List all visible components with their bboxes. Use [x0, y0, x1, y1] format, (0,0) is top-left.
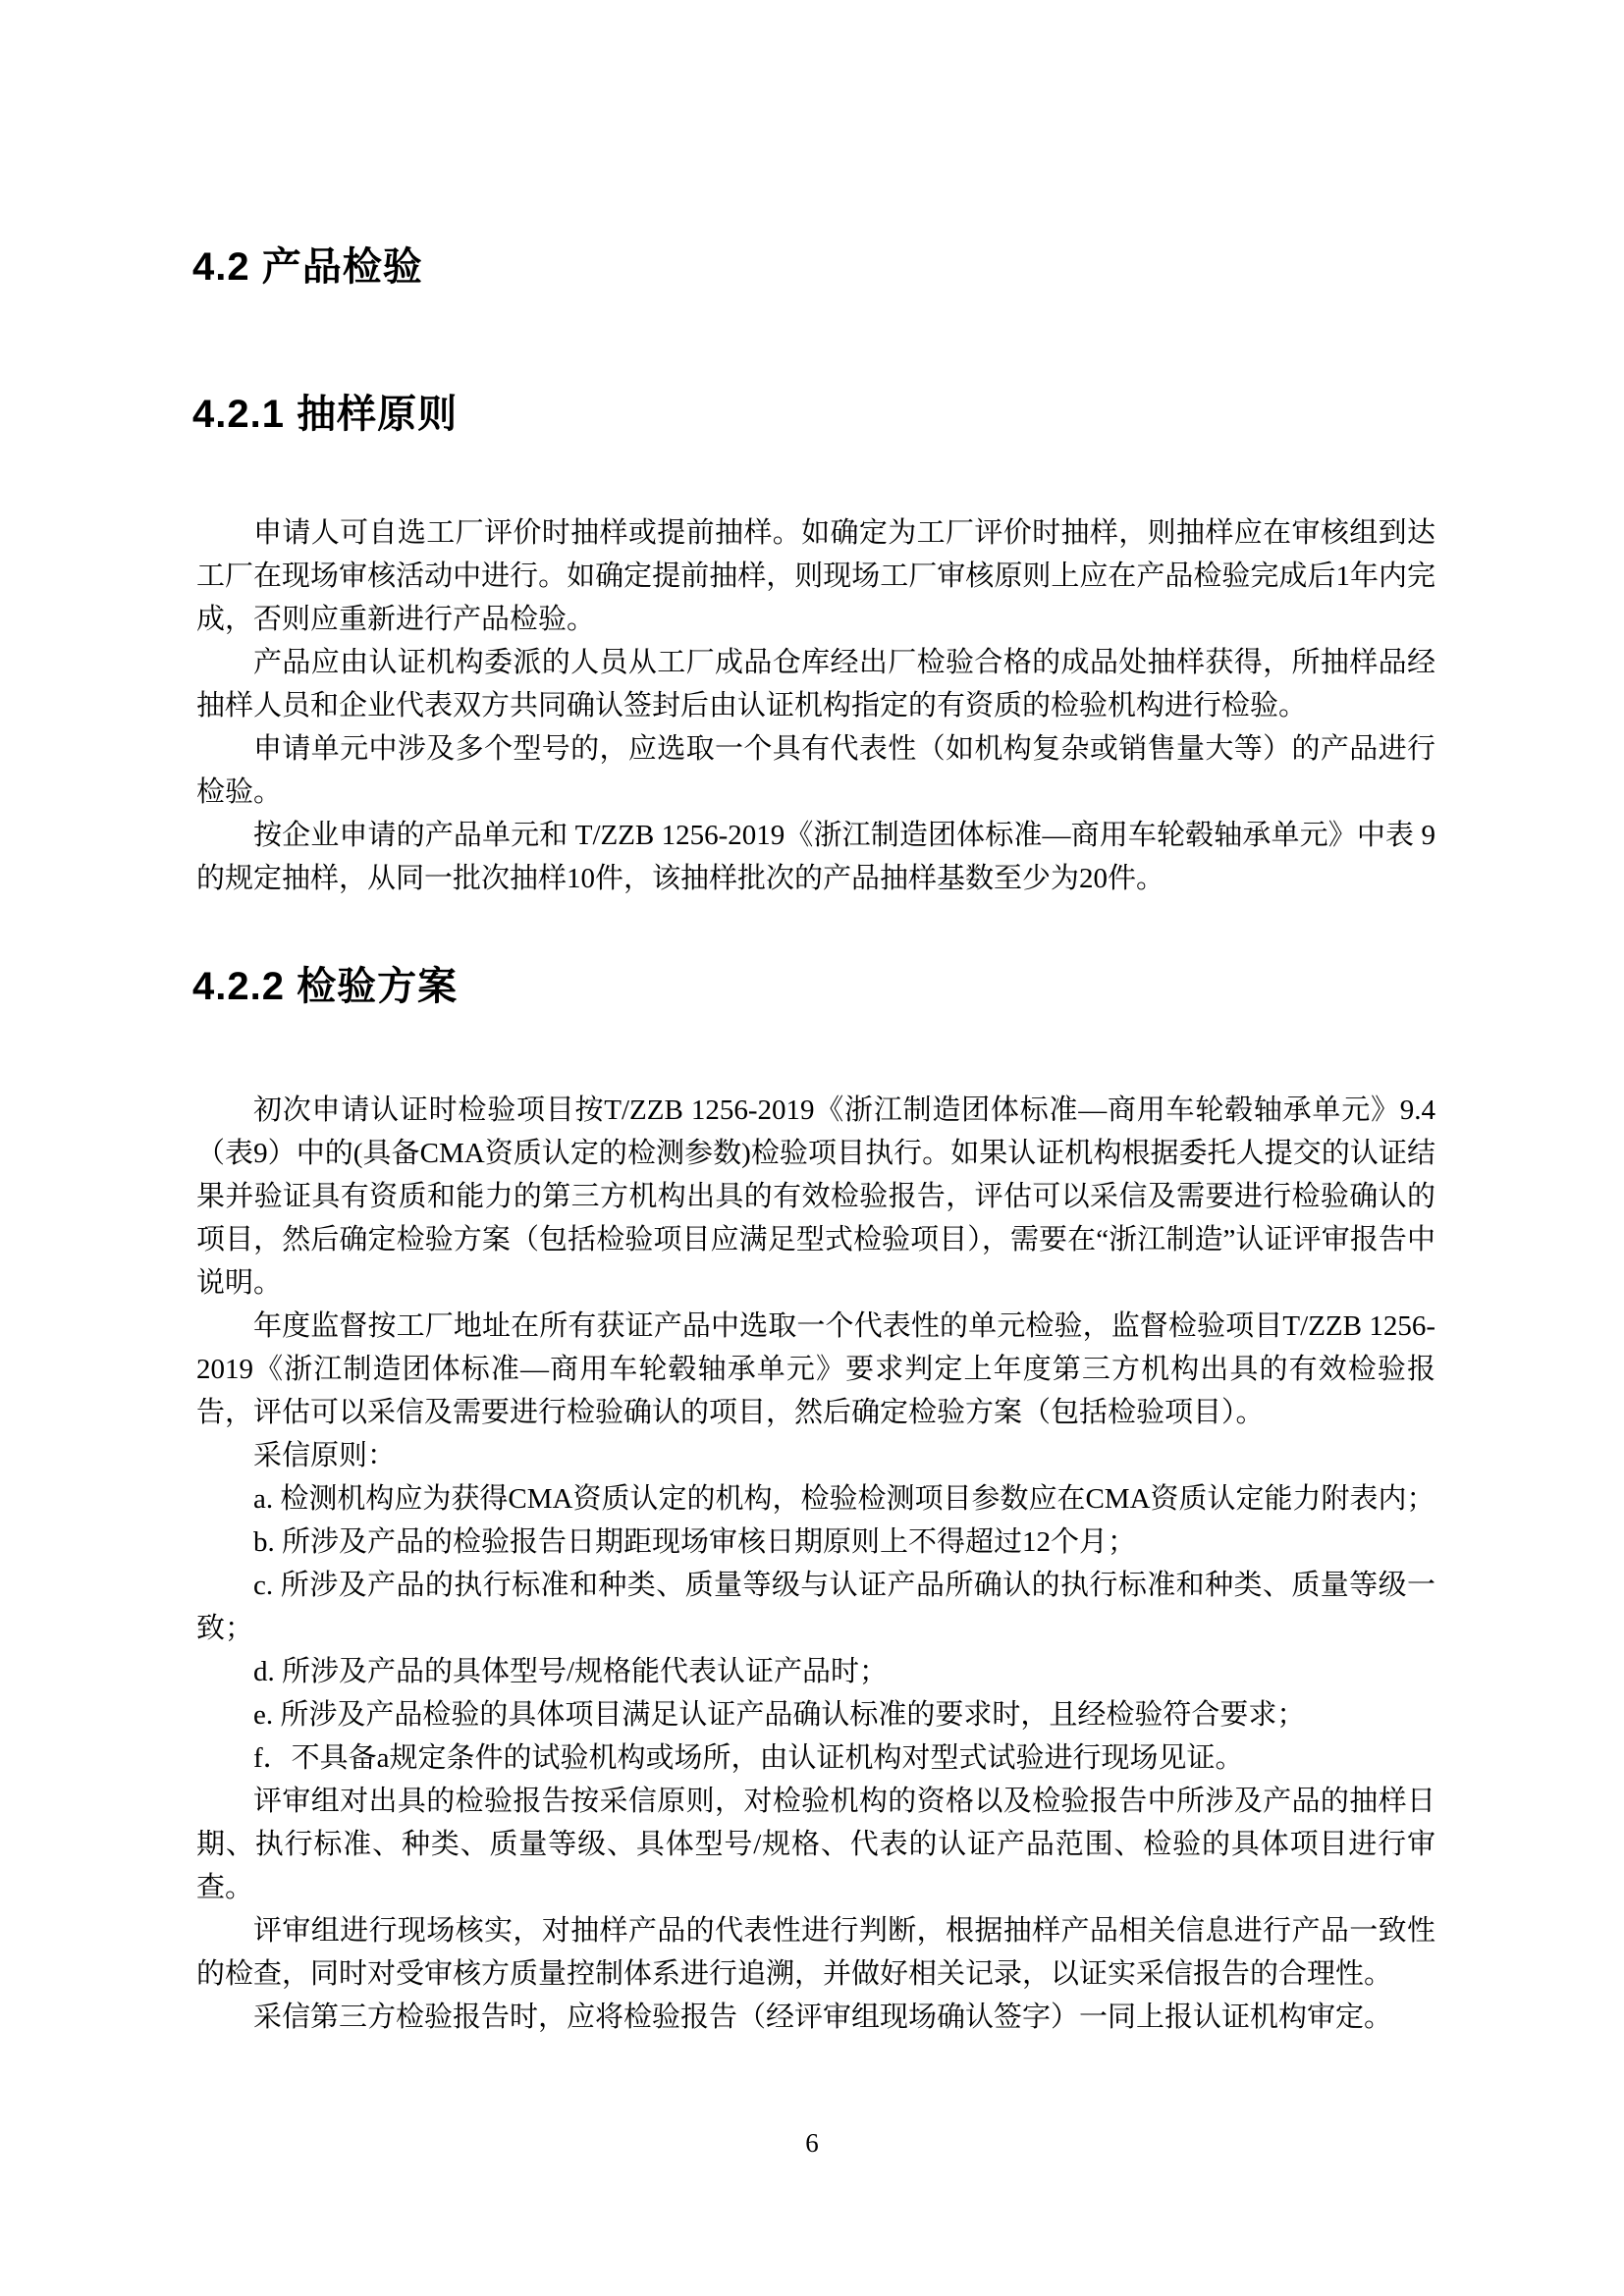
heading-4-2: 4.2 产品检验 [192, 245, 423, 289]
paragraph: 申请人可自选工厂评价时抽样或提前抽样。如确定为工厂评价时抽样，则抽样应在审核组到… [196, 511, 1435, 641]
paragraph: 按企业申请的产品单元和 T/ZZB 1256-2019《浙江制造团体标准—商用车… [196, 814, 1435, 900]
heading-4-2-1: 4.2.1 抽样原则 [192, 393, 458, 436]
list-item-f: f．不具备a规定条件的试验机构或场所，由认证机构对型式试验进行现场见证。 [196, 1736, 1435, 1780]
section-4-2-1-body: 申请人可自选工厂评价时抽样或提前抽样。如确定为工厂评价时抽样，则抽样应在审核组到… [196, 511, 1435, 900]
list-item-e: e. 所涉及产品检验的具体项目满足认证产品确认标准的要求时，且经检验符合要求； [196, 1693, 1435, 1736]
paragraph: 产品应由认证机构委派的人员从工厂成品仓库经出厂检验合格的成品处抽样获得，所抽样品… [196, 641, 1435, 727]
paragraph: 初次申请认证时检验项目按T/ZZB 1256-2019《浙江制造团体标准—商用车… [196, 1089, 1435, 1305]
list-item-c: c. 所涉及产品的执行标准和种类、质量等级与认证产品所确认的执行标准和种类、质量… [196, 1564, 1435, 1650]
document-page: 4.2 产品检验 4.2.1 抽样原则 申请人可自选工厂评价时抽样或提前抽样。如… [0, 0, 1624, 2296]
section-4-2-2-body: 初次申请认证时检验项目按T/ZZB 1256-2019《浙江制造团体标准—商用车… [196, 1089, 1435, 2039]
list-item-b: b. 所涉及产品的检验报告日期距现场审核日期原则上不得超过12个月； [196, 1521, 1435, 1564]
list-item-d: d. 所涉及产品的具体型号/规格能代表认证产品时； [196, 1650, 1435, 1693]
paragraph: 采信第三方检验报告时，应将检验报告（经评审组现场确认签字）一同上报认证机构审定。 [196, 1996, 1435, 2039]
paragraph: 申请单元中涉及多个型号的，应选取一个具有代表性（如机构复杂或销售量大等）的产品进… [196, 727, 1435, 814]
paragraph: 年度监督按工厂地址在所有获证产品中选取一个代表性的单元检验，监督检验项目T/ZZ… [196, 1305, 1435, 1434]
paragraph: 评审组对出具的检验报告按采信原则，对检验机构的资格以及检验报告中所涉及产品的抽样… [196, 1780, 1435, 1909]
heading-4-2-2: 4.2.2 检验方案 [192, 965, 458, 1008]
paragraph: 评审组进行现场核实，对抽样产品的代表性进行判断，根据抽样产品相关信息进行产品一致… [196, 1909, 1435, 1996]
page-number: 6 [0, 2128, 1624, 2158]
list-intro: 采信原则： [196, 1434, 1435, 1477]
list-item-a: a. 检测机构应为获得CMA资质认定的机构，检验检测项目参数应在CMA资质认定能… [196, 1477, 1435, 1521]
